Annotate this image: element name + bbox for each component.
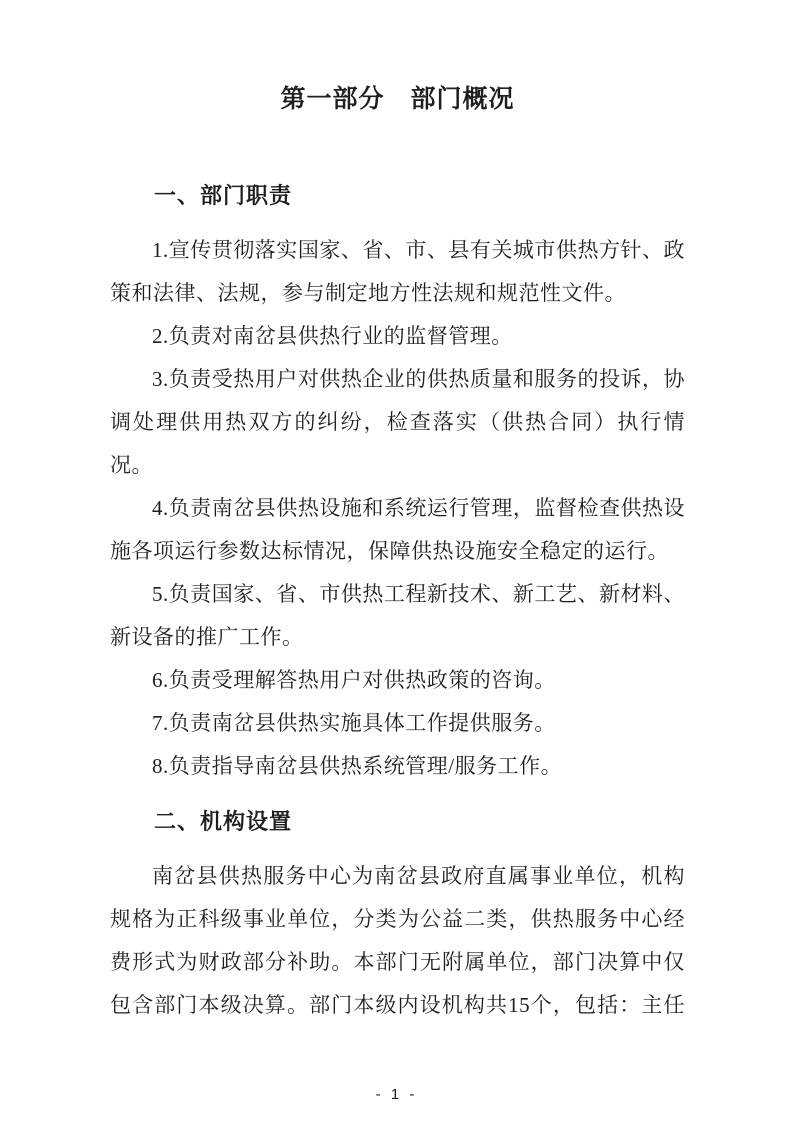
duty-item-2: 2.负责对南岔县供热行业的监督管理。 xyxy=(110,315,685,358)
duty-item-3: 3.负责受热用户对供热企业的供热质量和服务的投诉，协调处理供用热双方的纠纷，检查… xyxy=(110,358,685,487)
duty-item-5: 5.负责国家、省、市供热工程新技术、新工艺、新材料、新设备的推广工作。 xyxy=(110,573,685,659)
section-organization: 二、机构设置 南岔县供热服务中心为南岔县政府直属事业单位，机构规格为正科级事业单… xyxy=(110,800,685,1027)
duty-item-6: 6.负责受理解答热用户对供热政策的咨询。 xyxy=(110,659,685,702)
section-department-duties: 一、部门职责 1.宣传贯彻落实国家、省、市、县有关城市供热方针、政策和法律、法规… xyxy=(110,174,685,788)
duty-item-7: 7.负责南岔县供热实施具体工作提供服务。 xyxy=(110,702,685,745)
organization-paragraph: 南岔县供热服务中心为南岔县政府直属事业单位，机构规格为正科级事业单位，分类为公益… xyxy=(110,855,685,1027)
page-number: - 1 - xyxy=(0,1086,793,1103)
duty-item-4: 4.负责南岔县供热设施和系统运行管理，监督检查供热设施各项运行参数达标情况，保障… xyxy=(110,487,685,573)
duty-item-8: 8.负责指导南岔县供热系统管理/服务工作。 xyxy=(110,745,685,788)
document-page: 第一部分 部门概况 一、部门职责 1.宣传贯彻落实国家、省、市、县有关城市供热方… xyxy=(0,0,793,1122)
section-heading-organization: 二、机构设置 xyxy=(110,800,685,843)
section-heading-duties: 一、部门职责 xyxy=(110,174,685,217)
page-title: 第一部分 部门概况 xyxy=(110,78,685,121)
duty-item-1: 1.宣传贯彻落实国家、省、市、县有关城市供热方针、政策和法律、法规，参与制定地方… xyxy=(110,229,685,315)
